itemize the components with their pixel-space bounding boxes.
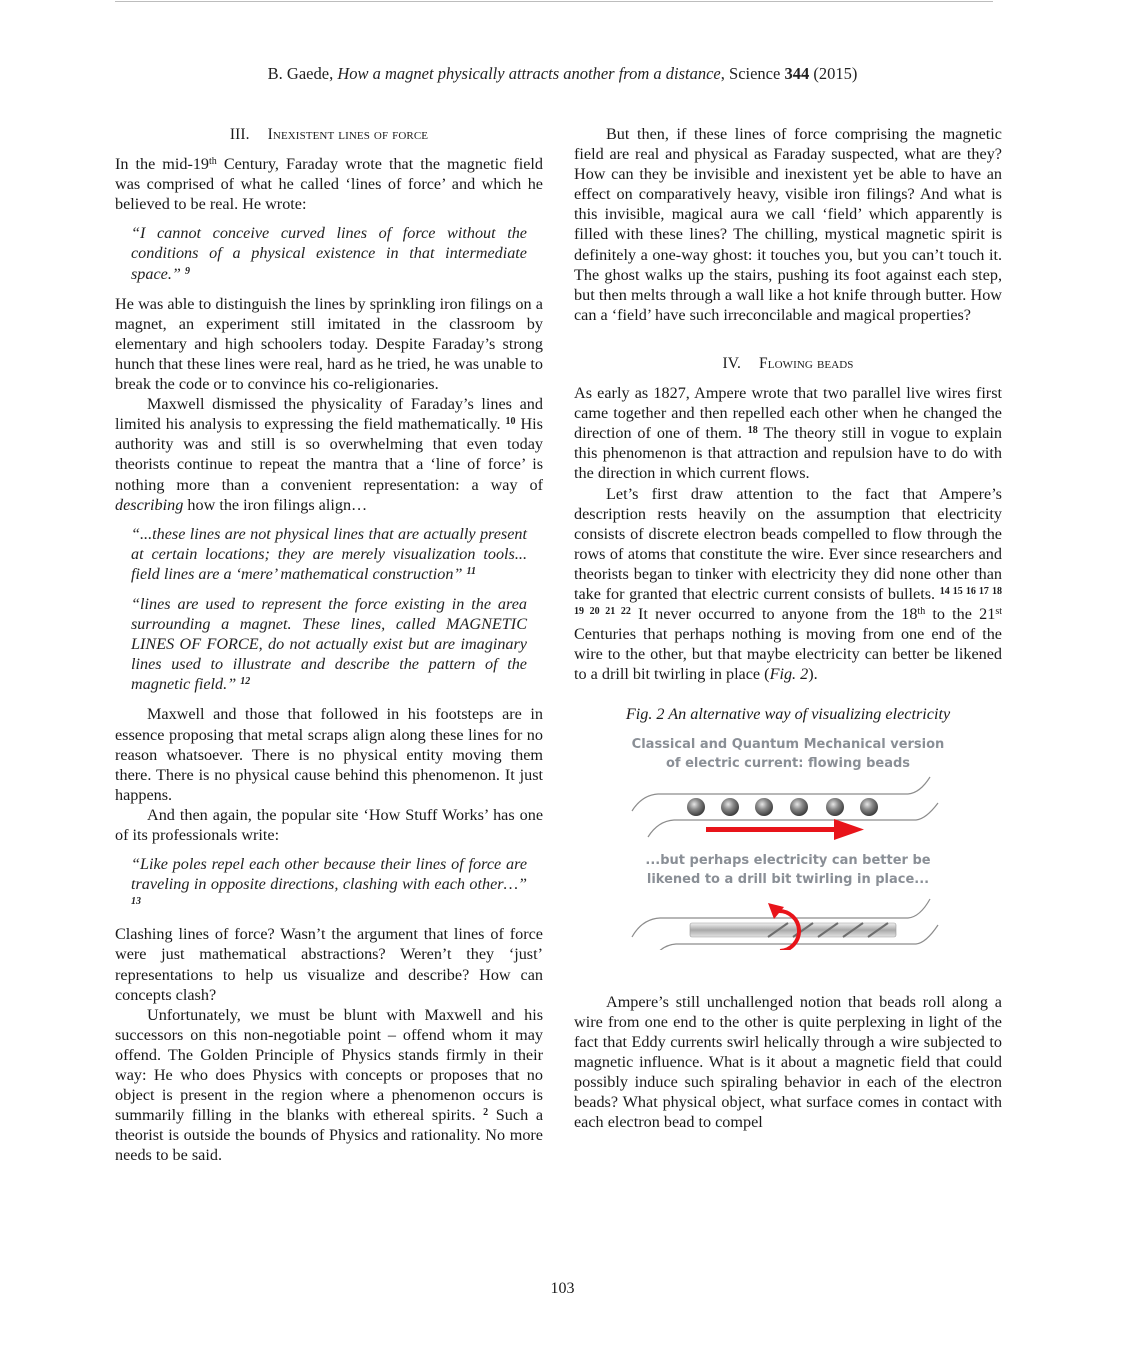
text: Let’s first draw attention to the fact t… bbox=[574, 485, 1002, 603]
figure-ref[interactable]: Fig. 2 bbox=[770, 665, 809, 683]
header-journal: , Science bbox=[721, 64, 785, 83]
paragraph: Maxwell dismissed the physicality of Far… bbox=[115, 394, 543, 515]
footnote-ref[interactable]: 11 bbox=[467, 566, 476, 577]
text: Maxwell dismissed the physicality of Far… bbox=[115, 395, 543, 433]
section-number: III. bbox=[230, 126, 250, 143]
paragraph: He was able to distinguish the lines by … bbox=[115, 294, 543, 394]
emphasis: describing bbox=[115, 496, 183, 514]
drill-bit-icon bbox=[690, 923, 896, 937]
footnote-ref[interactable]: 10 bbox=[506, 416, 516, 427]
text: It never occurred to anyone from the 18 bbox=[631, 605, 918, 623]
ordinal-suffix: st bbox=[995, 606, 1002, 617]
header-volume: 344 bbox=[784, 64, 809, 83]
paragraph: Unfortunately, we must be blunt with Max… bbox=[115, 1005, 543, 1166]
figure-label-bottom: ...but perhaps electricity can better be… bbox=[618, 851, 958, 889]
paragraph: Clashing lines of force? Wasn’t the argu… bbox=[115, 924, 543, 1004]
footnote-ref[interactable]: 9 bbox=[185, 266, 190, 277]
running-header: B. Gaede, How a magnet physically attrac… bbox=[0, 64, 1125, 84]
footnote-ref[interactable]: 18 bbox=[748, 425, 758, 436]
spacer bbox=[574, 325, 1002, 353]
figure-graphic bbox=[618, 735, 958, 950]
paragraph: Let’s first draw attention to the fact t… bbox=[574, 484, 1002, 685]
right-column: But then, if these lines of force compri… bbox=[574, 124, 1002, 1132]
section-title: Flowing beads bbox=[759, 355, 853, 372]
paragraph: Ampere’s still unchallenged notion that … bbox=[574, 992, 1002, 1133]
quote-text: “Like poles repel each other because the… bbox=[131, 855, 527, 893]
paragraph: Maxwell and those that followed in his f… bbox=[115, 704, 543, 804]
text: how the iron filings align… bbox=[183, 496, 367, 514]
label-line: likened to a drill bit twirling in place… bbox=[618, 870, 958, 889]
header-year: (2015) bbox=[809, 64, 857, 83]
top-rule bbox=[115, 1, 993, 2]
ordinal-suffix: th bbox=[209, 156, 217, 167]
section-number: IV. bbox=[723, 355, 742, 372]
section-heading-iii: III.Inexistent lines of force bbox=[115, 125, 543, 145]
figure-2: Classical and Quantum Mechanical version… bbox=[618, 735, 958, 950]
left-column: III.Inexistent lines of force In the mid… bbox=[115, 124, 543, 1166]
text: In the mid-19 bbox=[115, 155, 209, 173]
paragraph: But then, if these lines of force compri… bbox=[574, 124, 1002, 325]
block-quote: “lines are used to represent the force e… bbox=[131, 594, 527, 694]
footnote-ref[interactable]: 12 bbox=[240, 676, 250, 687]
text: to the 21 bbox=[925, 605, 995, 623]
current-arrow-icon bbox=[706, 819, 864, 840]
quote-text: “I cannot conceive curved lines of force… bbox=[131, 224, 527, 282]
block-quote: “...these lines are not physical lines t… bbox=[131, 524, 527, 584]
text: Unfortunately, we must be blunt with Max… bbox=[115, 1006, 543, 1124]
header-title: How a magnet physically attracts another… bbox=[337, 64, 720, 83]
page-number: 103 bbox=[0, 1280, 1125, 1298]
spacer bbox=[574, 950, 1002, 992]
label-line: ...but perhaps electricity can better be bbox=[618, 851, 958, 870]
section-title: Inexistent lines of force bbox=[268, 126, 428, 143]
section-heading-iv: IV.Flowing beads bbox=[574, 354, 1002, 374]
electron-beads bbox=[687, 798, 878, 816]
paragraph: In the mid-19th Century, Faraday wrote t… bbox=[115, 154, 543, 214]
paragraph: As early as 1827, Ampere wrote that two … bbox=[574, 383, 1002, 483]
block-quote: “Like poles repel each other because the… bbox=[131, 854, 527, 914]
paragraph: And then again, the popular site ‘How St… bbox=[115, 805, 543, 845]
figure-caption: Fig. 2 An alternative way of visualizing… bbox=[574, 704, 1002, 724]
quote-text: “lines are used to represent the force e… bbox=[131, 595, 527, 693]
block-quote: “I cannot conceive curved lines of force… bbox=[131, 223, 527, 283]
text: ). bbox=[808, 665, 817, 683]
footnote-ref[interactable]: 13 bbox=[131, 896, 141, 907]
header-author: B. Gaede, bbox=[268, 64, 338, 83]
